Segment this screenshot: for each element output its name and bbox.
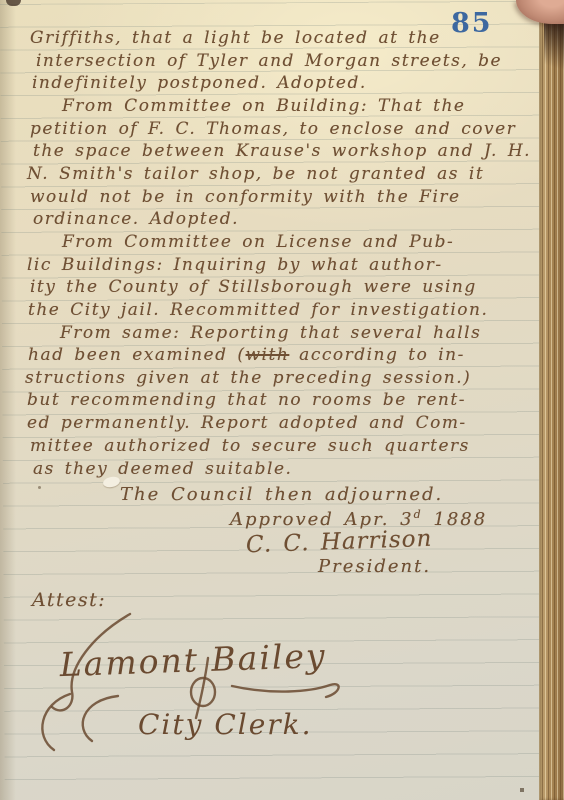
paper-speck	[38, 486, 41, 489]
approval-year: 1888	[423, 509, 488, 530]
handwritten-line: petition of F. C. Thomas, to enclose and…	[30, 119, 516, 139]
clerk-signature: Lamont Bailey	[58, 636, 327, 684]
handwritten-line: but recommending that no rooms be rent-	[27, 390, 466, 410]
struck-word: with	[246, 345, 290, 365]
handwritten-line: lic Buildings: Inquiring by what author-	[27, 255, 443, 275]
handwritten-line: Griffiths, that a light be located at th…	[30, 28, 441, 48]
handwritten-line: structions given at the preceding sessio…	[25, 368, 471, 388]
handwritten-line: N. Smith's tailor shop, be not granted a…	[27, 164, 484, 184]
handwritten-line: as they deemed suitable.	[33, 459, 292, 479]
line-prefix: had been examined (	[28, 345, 246, 365]
handwritten-line: mittee authorized to secure such quarter…	[30, 436, 470, 456]
clerk-signature-block: Lamont Bailey City Clerk.	[20, 600, 365, 770]
handwritten-line: From Committee on Building: That the	[62, 96, 465, 116]
ledger-photo: 85 Griffiths, that a light be located at…	[0, 0, 564, 800]
president-title: President.	[318, 556, 431, 577]
signature-flourish	[83, 696, 118, 741]
handwritten-line: ordinance. Adopted.	[33, 209, 239, 229]
date-superscript: d	[414, 508, 423, 521]
handwritten-line: intersection of Tyler and Morgan streets…	[36, 51, 502, 71]
clerk-title: City Clerk.	[138, 708, 313, 741]
paper-speck	[520, 788, 524, 792]
handwritten-line: ity the County of Stillsborough were usi…	[30, 277, 477, 297]
handwritten-line: would not be in conformity with the Fire	[30, 187, 461, 207]
handwritten-line: indefinitely postponed. Adopted.	[32, 73, 367, 93]
line-suffix: according to in-	[289, 345, 465, 365]
page-number: 85	[451, 8, 493, 39]
adjournment-line: The Council then adjourned.	[120, 484, 443, 505]
approval-line: Approved Apr. 3d 1888	[230, 508, 487, 530]
signature-flourish	[232, 684, 339, 697]
handwritten-line: From Committee on License and Pub-	[62, 232, 454, 252]
handwritten-line: the space between Krause's workshop and …	[33, 141, 531, 161]
handwritten-line: ed permanently. Report adopted and Com-	[27, 413, 467, 433]
handwritten-line: From same: Reporting that several halls	[60, 323, 481, 343]
signature-flourish	[42, 694, 70, 750]
handwritten-line: the City jail. Recommitted for investiga…	[28, 300, 488, 320]
handwritten-line-with-strikethrough: had been examined (with according to in-	[28, 345, 465, 365]
page-edge-stack	[539, 0, 564, 800]
